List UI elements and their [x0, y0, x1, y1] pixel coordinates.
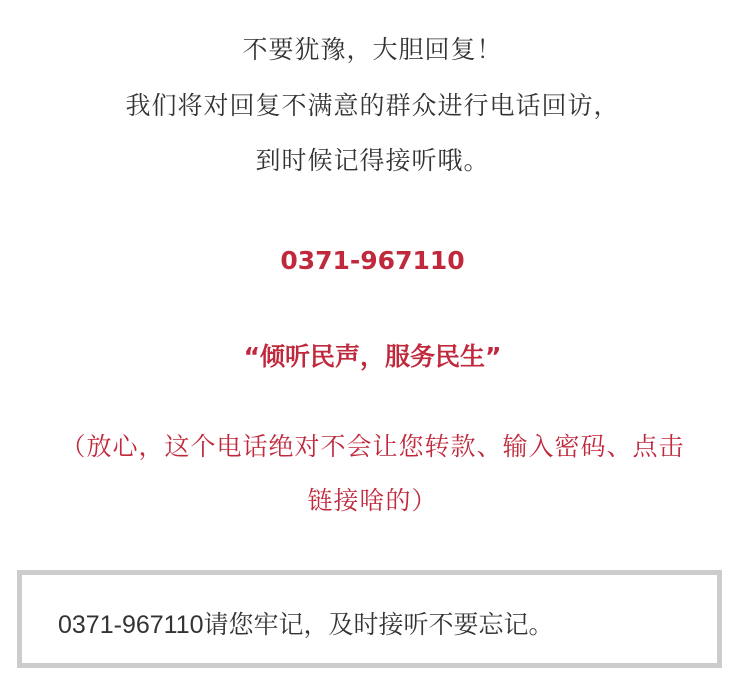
hotline-slogan: “倾听民声，服务民生” — [0, 337, 745, 373]
hotline-number: 0371-967110 — [0, 246, 745, 275]
reassurance-line-1: （放心，这个电话绝对不会让您转款、输入密码、点击 — [0, 427, 745, 463]
intro-line-2: 我们将对回复不满意的群众进行电话回访， — [0, 86, 745, 122]
intro-line-3: 到时候记得接听哦。 — [0, 141, 745, 177]
intro-line-1: 不要犹豫，大胆回复！ — [0, 30, 745, 66]
notice-text: 0371-967110请您牢记，及时接听不要忘记。 — [58, 605, 554, 641]
reassurance-line-2: 链接啥的） — [0, 481, 745, 517]
notice-box: 0371-967110请您牢记，及时接听不要忘记。 — [17, 570, 722, 668]
